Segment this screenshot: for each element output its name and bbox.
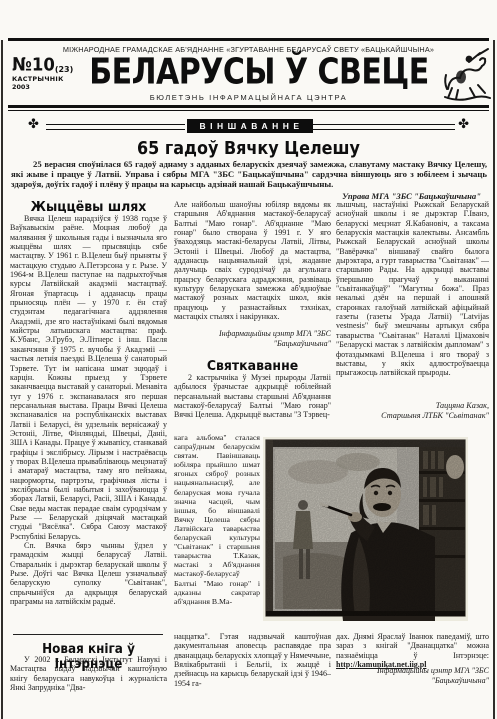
issue-month: КАСТРЫЧНІК [12, 76, 73, 82]
section-signature: Інфармацыйны цэнтр МГА "ЗБС "Бацькаўшчын… [174, 329, 331, 348]
greeting-banner: ВІНШАВАННЕ [187, 119, 313, 133]
article-text-life-path-continued: Але найбольш шаноўны юбіляр вядомы як ст… [174, 200, 331, 326]
masthead-bottom-rule-thin [8, 110, 489, 111]
article-headline: 65 гадоў Вячку Целешу [0, 137, 497, 158]
article-text-celebration-intro: 2 кастрычніка ў Музеі прыроды Латвіі адб… [174, 373, 331, 431]
book-signature: Інфармацыйны цэнтр МГА "ЗБС "Бацькаўшчын… [336, 666, 489, 685]
newspaper-title: БЕЛАРУСЫ Ў СВЕЦЕ [85, 51, 433, 93]
newspaper-subtitle: БЮЛЕТЭНЬ ІНФАРМАЦЫЙНАГА ЦЭНТРА [0, 93, 497, 102]
article-text-celebration-beside-photo: кага альбома" сталася сапраўдным беларус… [174, 433, 260, 627]
newspaper-page: МІЖНАРОДНАЕ ГРАМАДСКАЕ АБ'ЯДНАННЕ «ЗГУРТ… [0, 0, 497, 719]
celebration-signature: Таццяна Казак, Старшыня ЛТБК "Сьвітанак" [336, 401, 489, 421]
book-text: дах. Днямі Яраслаў Іванюк паведаміў, што… [336, 632, 489, 660]
paragraph: Вячка Целеш нарадзіўся ў 1938 годзе ў Ва… [10, 214, 167, 541]
article-text-life-path: Вячка Целеш нарадзіўся ў 1938 годзе ў Ва… [10, 214, 167, 630]
paragraph: Сп. Вячка бярэ чынны ўдзел у грамадскім … [10, 541, 167, 606]
pahonia-knight-icon [440, 47, 492, 103]
masthead-top-rule [8, 38, 489, 41]
lead-paragraph: 25 верасня споўнілася 65 гадоў аднаму з … [11, 159, 487, 190]
banner-line-right [313, 124, 455, 130]
section-heading-celebration: Святкаванне [174, 357, 331, 373]
issue-block: №10(23) КАСТРЫЧНІК 2003 [12, 57, 73, 91]
banner-line-left [46, 124, 185, 130]
signature-title: Старшыня ЛТБК "Сьвітанак" [336, 411, 489, 421]
printer-ornament-icon: ✤ [28, 117, 39, 130]
issue-year: 2003 [12, 84, 73, 90]
issue-subnumber: (23) [55, 65, 73, 74]
article-text-book-part3: дах. Днямі Яраслаў Іванюк паведаміў, што… [336, 632, 489, 669]
article-text-celebration-continued: лышчыц, настаўнікі Рыжскай Беларускай ас… [336, 200, 489, 397]
signature-name: Таццяна Казак, [336, 401, 489, 411]
article-text-book-part1: У 2002 г. Беларускі Інстытут Навукі і Ма… [10, 655, 167, 717]
article-text-book-part2: наццатка". Гэтая надзвычай каштоўная дак… [174, 632, 331, 692]
masthead-bottom-rule [8, 105, 489, 108]
portrait-photo [263, 437, 468, 621]
section-heading-life-path: Жыццёвы шлях [10, 198, 167, 214]
issue-number: №10 [12, 56, 55, 74]
section-divider-rule [13, 634, 163, 635]
printer-ornament-icon: ✤ [458, 117, 469, 130]
